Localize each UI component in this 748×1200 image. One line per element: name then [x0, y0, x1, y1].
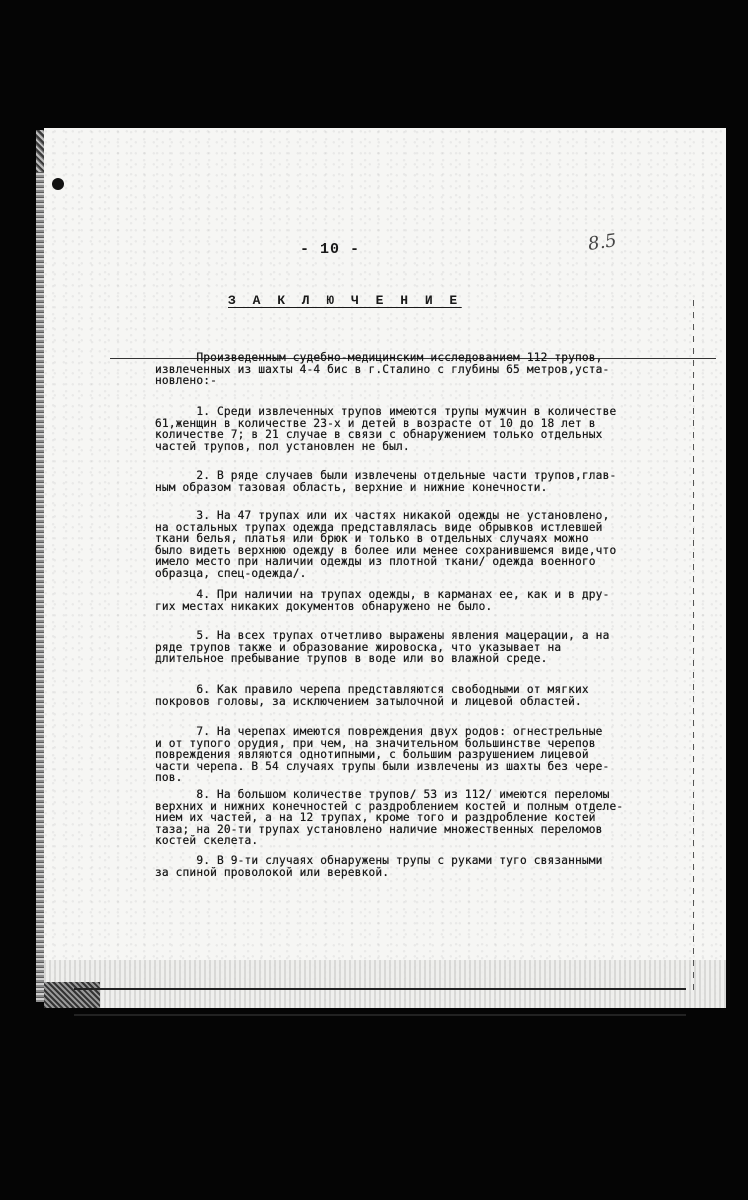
paragraph-7: 7. На черепах имеются повреждения двух р… — [155, 726, 675, 784]
frame-line-bottom — [74, 988, 686, 990]
frame-line-bottom-outer — [74, 1014, 686, 1016]
paragraph-5: 5. На всех трупах отчетливо выражены явл… — [155, 630, 675, 665]
frame-line-right — [693, 300, 694, 990]
page-title: З А К Л Ю Ч Е Н И Е — [228, 293, 462, 308]
paragraph-3: 3. На 47 трупах или их частях никакой од… — [155, 510, 675, 579]
intro-paragraph: Произведенным судебно-медицинским исслед… — [155, 352, 675, 387]
paragraph-8: 8. На большом количестве трупов/ 53 из 1… — [155, 789, 675, 847]
paragraph-6: 6. Как правило черепа представляются сво… — [155, 684, 675, 707]
page-bottom-margin — [44, 960, 726, 1008]
handwritten-margin-note: 8.5 — [587, 230, 618, 255]
punch-hole-icon — [52, 178, 64, 190]
page-number: - 10 - — [300, 241, 360, 258]
paragraph-2: 2. В ряде случаев были извлечены отдельн… — [155, 470, 675, 493]
binder-corner — [44, 982, 100, 1008]
paragraph-4: 4. При наличии на трупах одежды, в карма… — [155, 589, 675, 612]
paragraph-9: 9. В 9-ти случаях обнаружены трупы с рук… — [155, 855, 675, 878]
paragraph-1: 1. Среди извлеченных трупов имеются труп… — [155, 406, 675, 452]
